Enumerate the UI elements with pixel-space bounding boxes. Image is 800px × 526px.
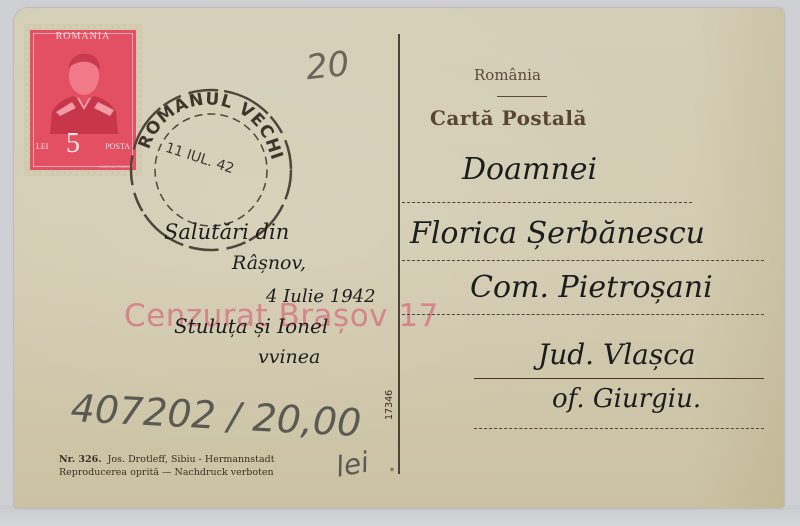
publisher-name: Jos. Drotleff, Sibiu - Hermannstadt xyxy=(108,454,275,465)
pencil-reference: 407202 / 20,00 xyxy=(70,386,363,445)
publisher-number: Nr. 326. xyxy=(59,454,102,465)
message-line: Salutări din xyxy=(164,220,289,244)
postmark-place: ROMANUL VECHI xyxy=(135,89,287,163)
publisher-line-2: Reproducerea oprită — Nachdruck verboten xyxy=(59,466,275,479)
address-line: Doamnei xyxy=(462,152,597,187)
portrait-icon xyxy=(42,46,122,134)
message-line: Stuluța și Ionel xyxy=(174,314,328,338)
address-line: of. Giurgiu. xyxy=(552,384,701,414)
address-rule xyxy=(474,428,764,429)
message-line: 4 Iulie 1942 xyxy=(266,286,376,307)
background-surface xyxy=(0,505,800,526)
postcard: ROMANIA LEI 5 POSTA FABRICA TIMBRE ROMAN… xyxy=(14,8,784,508)
address-line: Jud. Vlașca xyxy=(538,338,696,371)
stamp-currency: LEI xyxy=(36,142,48,151)
address-rule xyxy=(402,260,764,261)
stamp-denomination: 5 xyxy=(66,128,80,160)
header-rule xyxy=(497,96,547,97)
address-rule xyxy=(402,314,764,315)
postmark-date: 11 IUL. 42 xyxy=(163,140,236,177)
publisher-line-1: Nr. 326. Jos. Drotleff, Sibiu - Hermanns… xyxy=(59,453,275,466)
serial-number: 17346 xyxy=(384,390,395,420)
svg-text:ROMANUL VECHI: ROMANUL VECHI xyxy=(135,89,287,163)
pencil-currency: lei xyxy=(333,445,371,483)
address-line: Florica Șerbănescu xyxy=(410,216,705,251)
publisher-imprint: Nr. 326. Jos. Drotleff, Sibiu - Hermanns… xyxy=(59,453,275,479)
country-header: România xyxy=(474,66,541,84)
address-line: Com. Pietroșani xyxy=(470,270,713,305)
serial-mark: * xyxy=(390,467,394,476)
postcard-title: Cartă Postală xyxy=(430,106,587,130)
address-rule xyxy=(474,378,764,379)
message-line: Râșnov, xyxy=(232,252,306,274)
message-line: vvinea xyxy=(258,346,320,368)
stamp-country: ROMANIA xyxy=(30,31,136,42)
center-divider xyxy=(398,34,400,474)
pencil-number-top: 20 xyxy=(304,44,351,88)
address-rule xyxy=(402,202,692,203)
